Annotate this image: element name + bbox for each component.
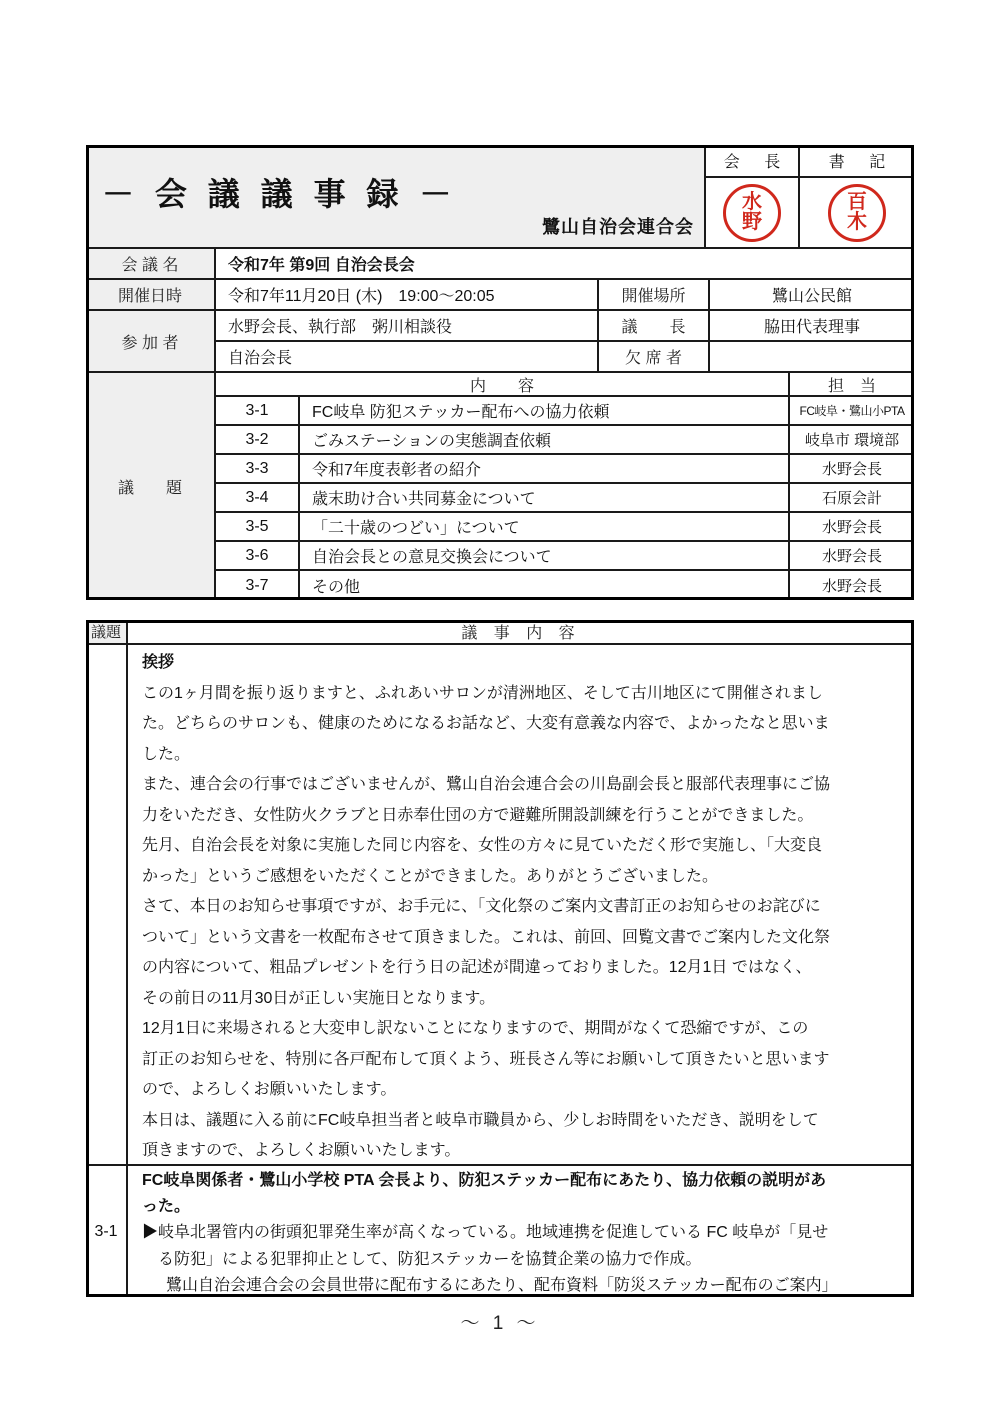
chairman-seal-stamp: 水 野 — [723, 184, 781, 242]
section1-topic-cell — [86, 645, 128, 1166]
agenda-item-content: 「二十歳のつどい」について — [300, 513, 790, 542]
agenda-item-no: 3-3 — [216, 455, 300, 484]
agenda-item-no: 3-2 — [216, 426, 300, 455]
greeting-heading: 挨拶 — [142, 648, 904, 679]
secretary-label: 書 記 — [800, 145, 914, 178]
agenda-staff-header: 担 当 — [790, 373, 914, 397]
absentee-label: 欠 席 者 — [599, 342, 710, 373]
minutes-line: さて、本日のお知らせ事項ですが、お手元に、「文化祭のご案内文書訂正のお知らせのお… — [142, 892, 904, 923]
chairman-seal-cell: 会 長 水 野 — [706, 145, 800, 249]
participants-label: 参 加 者 — [86, 311, 216, 373]
agenda-label: 議 題 — [86, 373, 216, 600]
agenda-item-content: FC岐阜 防犯ステッカー配布への協力依頼 — [300, 397, 790, 426]
agenda-item-staff: 水野会長 — [790, 513, 914, 542]
minutes-line: 本日は、議題に入る前にFC岐阜担当者と岐阜市職員から、少しお時間をいただき、説明… — [142, 1106, 904, 1137]
agenda-item-no: 3-5 — [216, 513, 300, 542]
agenda-item-staff: 石原会計 — [790, 484, 914, 513]
secretary-seal-cell: 書 記 百 木 — [800, 145, 914, 249]
minutes-line: ▶岐阜北署管内の街頭犯罪発生率が高くなっている。地域連携を促進している FC 岐… — [142, 1220, 904, 1246]
agenda-item-content: ごみステーションの実態調査依頼 — [300, 426, 790, 455]
organization-name: 鷺山自治会連合会 — [542, 213, 694, 239]
minutes-line: 12月1日に来場されると大変申し訳ないことになりますので、期間がなくて恐縮ですが… — [142, 1014, 904, 1045]
minutes-line: この1ヶ月間を振り返りますと、ふれあいサロンが清洲地区、そして古川地区にて開催さ… — [142, 679, 904, 710]
place-label: 開催場所 — [599, 280, 710, 311]
minutes-line: また、連合会の行事ではございませんが、鷺山自治会連合会の川島副会長と服部代表理事… — [142, 770, 904, 801]
minutes-line: の内容について、粗品プレゼントを行う日の記述が間違っておりました。12月1日 で… — [142, 953, 904, 984]
absentee-value — [710, 342, 914, 373]
minutes-line: ので、よろしくお願いいたします。 — [142, 1075, 904, 1106]
datetime-label: 開催日時 — [86, 280, 216, 311]
minutes-line: かった」というご感想をいただくことができました。ありがとうございました。 — [142, 862, 904, 893]
participants-row2: 自治会長 — [216, 342, 599, 373]
place-value: 鷺山公民館 — [710, 280, 914, 311]
agenda-item-staff: 水野会長 — [790, 455, 914, 484]
chairperson-label: 議 長 — [599, 311, 710, 342]
participants-row1: 水野会長、執行部 粥川相談役 — [216, 311, 599, 342]
minutes-line: った。 — [142, 1194, 904, 1220]
secretary-seal-stamp: 百 木 — [828, 184, 886, 242]
agenda-content-header: 内 容 — [216, 373, 790, 397]
content-col-header: 議 事 内 容 — [128, 620, 914, 645]
agenda-item-no: 3-6 — [216, 542, 300, 571]
topic-col-header: 議題 — [86, 620, 128, 645]
minutes-line: ついて」という文書を一枚配布させて頂きました。これは、前回、回覧文書でご案内した… — [142, 923, 904, 954]
agenda-item-content: 令和7年度表彰者の紹介 — [300, 455, 790, 484]
chairperson-value: 脇田代表理事 — [710, 311, 914, 342]
page-title: － 会 議 議 事 録 － — [102, 169, 457, 215]
minutes-line: た。どちらのサロンも、健康のためになるお話など、大変有意義な内容で、よかったなと… — [142, 709, 904, 740]
agenda-item-staff: 水野会長 — [790, 542, 914, 571]
agenda-item-content: 自治会長との意見交換会について — [300, 542, 790, 571]
minutes-line: 訂正のお知らせを、特別に各戸配布して頂くよう、班長さん等にお願いして頂きたいと思… — [142, 1045, 904, 1076]
page-number: ～ 1 ～ — [0, 1308, 1000, 1335]
minutes-line: 先月、自治会長を対象に実施した同じ内容を、女性の方々に見ていただく形で実施し、「… — [142, 831, 904, 862]
agenda-item-staff: 岐阜市 環境部 — [790, 426, 914, 455]
agenda-item-no: 3-4 — [216, 484, 300, 513]
section2-topic-no: 3-1 — [86, 1166, 128, 1297]
agenda-item-content: 歳末助け合い共同募金について — [300, 484, 790, 513]
title-cell: － 会 議 議 事 録 － 鷺山自治会連合会 — [86, 145, 706, 249]
chairman-label: 会 長 — [706, 145, 798, 178]
agenda-item-staff: 水野会長 — [790, 571, 914, 600]
minutes-header-table: － 会 議 議 事 録 － 鷺山自治会連合会 会 長 水 野 書 記 百 木 会… — [86, 145, 914, 600]
agenda-item-no: 3-1 — [216, 397, 300, 426]
agenda-item-content: その他 — [300, 571, 790, 600]
minutes-line: 鷺山自治会連合会の会員世帯に配布するにあたり、配布資料「防災ステッカー配布のご案… — [142, 1273, 904, 1297]
section1-content: 挨拶 この1ヶ月間を振り返りますと、ふれあいサロンが清洲地区、そして古川地区にて… — [128, 645, 914, 1166]
meeting-name-label: 会 議 名 — [86, 249, 216, 280]
minutes-line: した。 — [142, 740, 904, 771]
minutes-line: FC岐阜関係者・鷺山小学校 PTA 会長より、防犯ステッカー配布にあたり、協力依… — [142, 1168, 904, 1194]
meeting-name-value: 令和7年 第9回 自治会長会 — [216, 249, 914, 280]
datetime-value: 令和7年11月20日 (木) 19:00～20:05 — [216, 280, 599, 311]
minutes-line: その前日の11月30日が正しい実施日となります。 — [142, 984, 904, 1015]
agenda-item-staff: FC岐阜・鷺山小PTA — [790, 397, 914, 426]
minutes-line: 頂きますので、よろしくお願いいたします。 — [142, 1136, 904, 1166]
minutes-body-table: 議題 議 事 内 容 挨拶 この1ヶ月間を振り返りますと、ふれあいサロンが清洲地… — [86, 620, 914, 1297]
minutes-line: 力をいただき、女性防火クラブと日赤奉仕団の方で避難所開設訓練を行うことができまし… — [142, 801, 904, 832]
minutes-line: る防犯」による犯罪抑止として、防犯ステッカーを協賛企業の協力で作成。 — [142, 1247, 904, 1273]
section2-content: FC岐阜関係者・鷺山小学校 PTA 会長より、防犯ステッカー配布にあたり、協力依… — [128, 1166, 914, 1297]
agenda-item-no: 3-7 — [216, 571, 300, 600]
